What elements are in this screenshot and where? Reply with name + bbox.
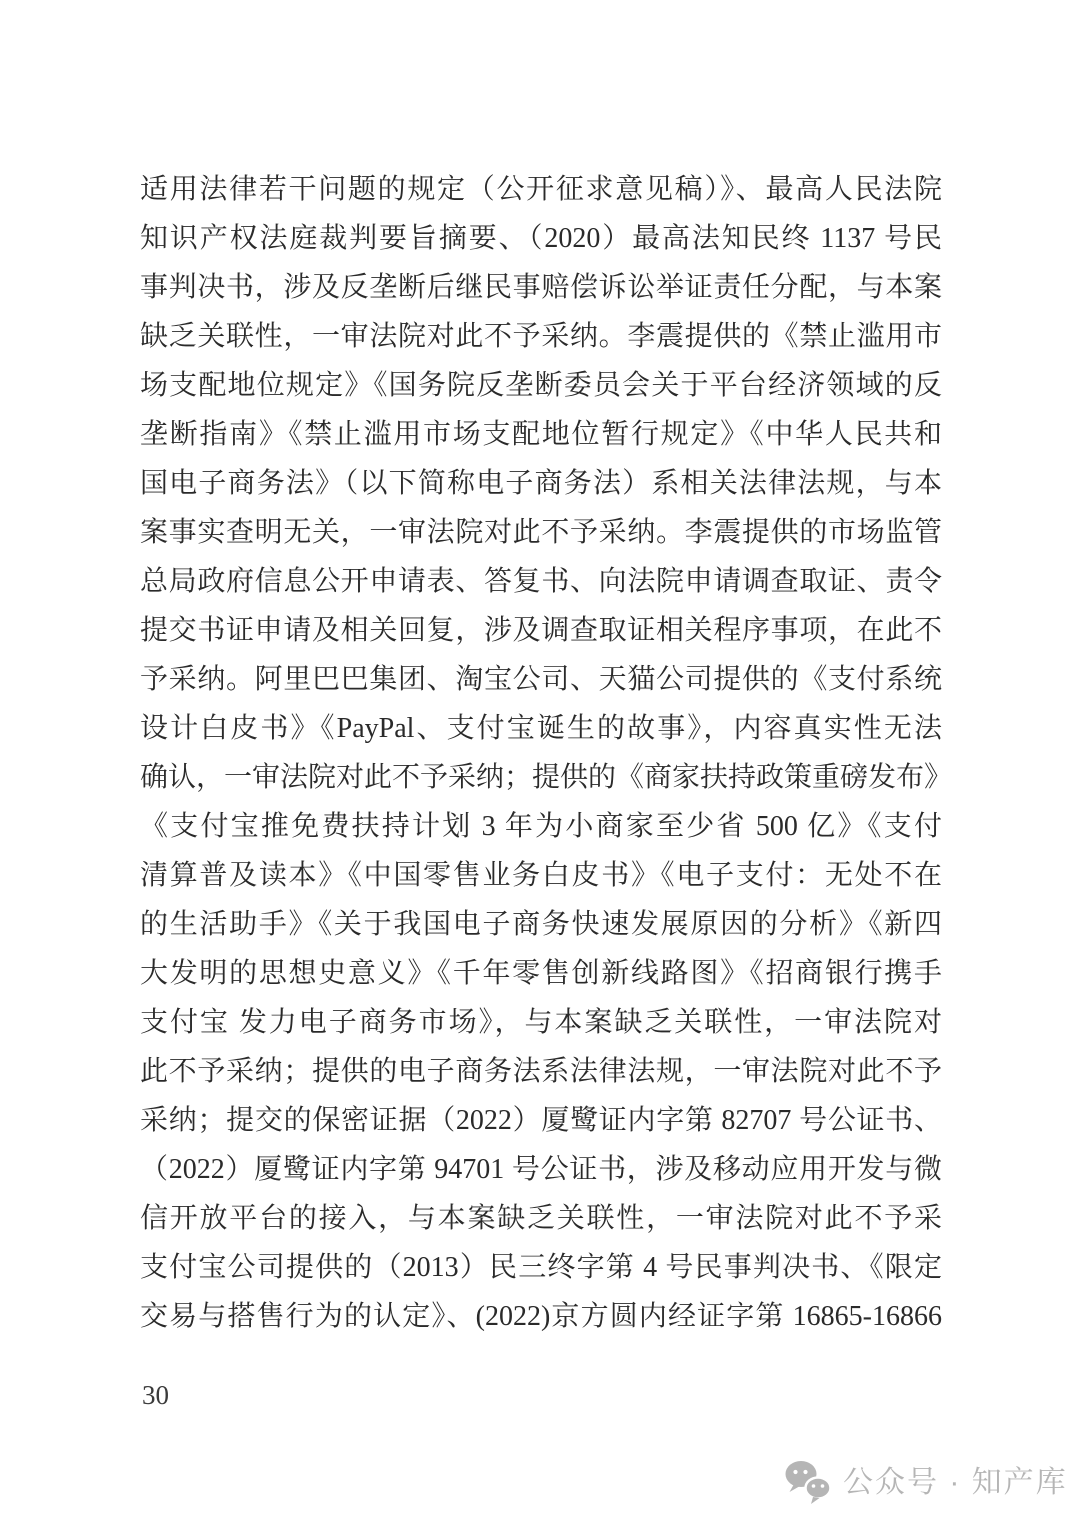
text-line: 垄断指南》《禁止滥用市场支配地位暂行规定》《中华人民共和 xyxy=(140,410,942,459)
text-line: 适用法律若干问题的规定（公开征求意见稿）》、最高人民法院 xyxy=(140,165,942,214)
text-line: （2022）厦鹭证内字第 94701 号公证书，涉及移动应用开发与微 xyxy=(140,1145,942,1194)
text-line: 《支付宝推免费扶持计划 3 年为小商家至少省 500 亿》《支付 xyxy=(140,802,942,851)
text-line: 案事实查明无关，一审法院对此不予采纳。李震提供的市场监管 xyxy=(140,508,942,557)
document-page: 适用法律若干问题的规定（公开征求意见稿）》、最高人民法院知识产权法庭裁判要旨摘要… xyxy=(0,0,1080,1527)
text-line: 支付宝 发力电子商务市场》，与本案缺乏关联性，一审法院对 xyxy=(140,998,942,1047)
text-line: 采纳；提交的保密证据（2022）厦鹭证内字第 82707 号公证书、 xyxy=(140,1096,942,1145)
text-line: 信开放平台的接入，与本案缺乏关联性，一审法院对此不予采纳。 xyxy=(140,1194,942,1243)
text-line: 缺乏关联性，一审法院对此不予采纳。李震提供的《禁止滥用市 xyxy=(140,312,942,361)
text-line: 此不予采纳；提供的电子商务法系法律法规，一审法院对此不予 xyxy=(140,1047,942,1096)
document-text: 适用法律若干问题的规定（公开征求意见稿）》、最高人民法院知识产权法庭裁判要旨摘要… xyxy=(140,165,942,1341)
text-line: 大发明的思想史意义》《千年零售创新线路图》《招商银行携手 xyxy=(140,949,942,998)
text-line: 提交书证申请及相关回复，涉及调查取证相关程序事项，在此不 xyxy=(140,606,942,655)
text-line: 确认，一审法院对此不予采纳；提供的《商家扶持政策重磅发布》 xyxy=(140,753,942,802)
page-number: 30 xyxy=(142,1380,169,1410)
text-line: 场支配地位规定》《国务院反垄断委员会关于平台经济领域的反 xyxy=(140,361,942,410)
watermark-footer: 公众号 · 知产库 xyxy=(784,1460,1068,1505)
wechat-icon xyxy=(784,1460,834,1505)
text-line: 支付宝公司提供的（2013）民三终字第 4 号民事判决书、《限定 xyxy=(140,1243,942,1292)
text-line: 国电子商务法》（以下简称电子商务法）系相关法律法规，与本 xyxy=(140,459,942,508)
watermark-label: 公众号 · 知产库 xyxy=(843,1460,1068,1505)
text-line: 交易与搭售行为的认定》、(2022)京方圆内经证字第 16865-16866 xyxy=(140,1292,942,1341)
text-line: 的生活助手》《关于我国电子商务快速发展原因的分析》《新四 xyxy=(140,900,942,949)
text-line: 总局政府信息公开申请表、答复书、向法院申请调查取证、责令 xyxy=(140,557,942,606)
text-line: 清算普及读本》《中国零售业务白皮书》《电子支付：无处不在 xyxy=(140,851,942,900)
text-line: 予采纳。阿里巴巴集团、淘宝公司、天猫公司提供的《支付系统 xyxy=(140,655,942,704)
text-line: 设计白皮书》《PayPal、支付宝诞生的故事》，内容真实性无法 xyxy=(140,704,942,753)
text-line: 知识产权法庭裁判要旨摘要、（2020）最高法知民终 1137 号民 xyxy=(140,214,942,263)
text-line: 事判决书，涉及反垄断后继民事赔偿诉讼举证责任分配，与本案 xyxy=(140,263,942,312)
